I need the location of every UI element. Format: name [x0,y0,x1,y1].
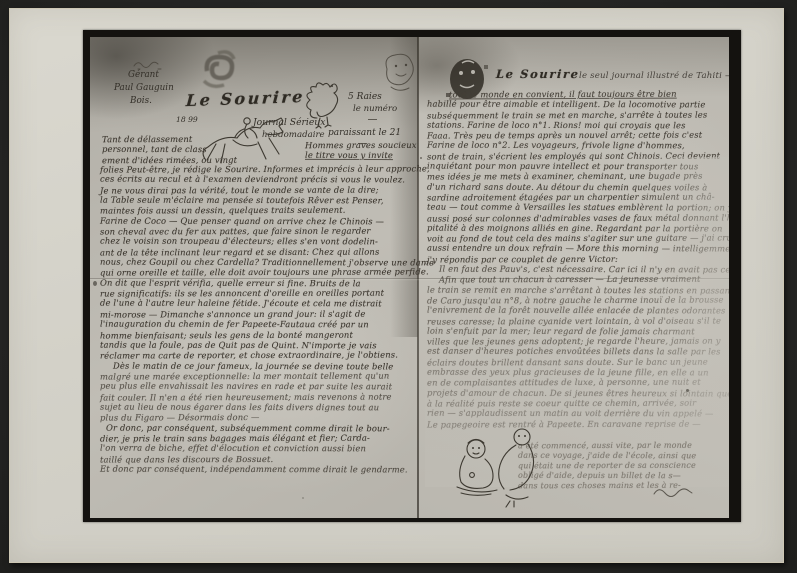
ink-speck [420,157,422,159]
handwritten-line: peu plus elle envahissait les navires en… [100,381,416,392]
right-page-title: Le Sourire [496,67,581,81]
monogram-swirl-icon [192,43,242,95]
right-page-body-text: tout le monde en convient, il faut toujo… [427,89,727,429]
handwritten-line: l'inauguration du chemin de fer Papeete-… [100,319,416,330]
handwritten-line: de l'une à l'autre leur haleine fétide. … [100,298,416,309]
handwritten-line: reuses caresse; la plaine cyanide vert l… [427,315,727,326]
handwritten-line: teau — tout comme à Versailles les statu… [427,202,727,213]
handwritten-line: Dès le matin de ce jour fameux, la journ… [100,360,416,371]
dash-mark [368,119,377,120]
gerant-label: Gérant [128,70,159,80]
gerant-name: Paul Gauguin [114,83,174,93]
signature-squiggle-icon [652,485,694,499]
handwritten-line: l'enivrement de la forêt nouvelle allée … [427,305,727,316]
handwritten-line: Et donc par conséquent, indépendamment c… [100,464,416,475]
handwritten-line: Afin que tout un chacun à caresser — La … [427,274,727,285]
price-unit: le numéro [353,104,397,114]
journal-year: 18 99 [176,115,198,124]
intro-left-column: Tant de délassementpersonnel, tant de cl… [102,134,237,165]
handwritten-line: maintes fois aussi un dessin, quelques t… [100,205,416,216]
handwritten-line: le titre vous y invite [305,150,417,161]
handwritten-line: en de complaisantes attitudes de luxe, à… [427,377,727,388]
handwritten-line: personnel, tant de class [102,144,237,155]
handwritten-line: réclamer ma carte de reporter, et chose … [100,350,416,361]
handwritten-line: Farine de loco n°2. Les voyageurs, frivo… [427,140,727,151]
handwritten-line: projets d'amour de chacun. De si jeunes … [427,387,727,398]
right-page-title-tail: le seul journal illustré de Tahiti — [579,71,729,81]
handwritten-line: qui orne oreille et taille, elle doit av… [100,267,416,278]
left-page-body-text: folies Peut-être, je rédige le Sourire. … [100,164,416,474]
handwritten-line: subséquemment le train se met en marche,… [427,109,727,120]
issue-date-line: paraissant le 21 [328,128,401,138]
handwritten-line: rien — s'applaudissent un matin au voit … [427,408,727,419]
handwritten-line: chez le voisin son troupeau d'électeurs;… [100,236,416,247]
seated-figures-icon [448,423,556,511]
gerant-bois: Bois. [130,96,152,106]
manuscript-spread: Gérant Paul Gauguin Bois. Le Sourire 18 … [90,37,729,518]
ink-speck [302,497,304,499]
handwritten-line: aussi entendre un doux refrain — More th… [427,243,727,254]
handwritten-line: plus du Figaro — Désormais donc — [100,412,416,423]
ink-speck [686,389,689,392]
intro-right-column: Hommes graves soucieuxle titre vous y in… [305,140,417,161]
handwritten-line: ces écrits au recul et à l'examen devien… [100,174,416,185]
rooster-icon [300,77,342,129]
handwritten-line: mes idées je me mets à examiner, chemina… [427,171,727,182]
scribble-face-doodle-icon [379,49,423,95]
ink-speck [93,281,97,286]
photograph-of-manuscript: { "colors":{ "mount_background":"#262624… [0,0,797,573]
handwritten-line: aussi posé sur colonnes d'admirables vas… [427,212,727,223]
handwritten-line: homme bienfaisant; seuls les gens de la … [100,329,416,340]
handwritten-line: l'on verra de biche, effet d'élocution e… [100,443,416,454]
handwritten-line: est danser d'heures potiches envoûtées b… [427,346,727,357]
handwritten-line: habillé pour être aimable et intelligent… [427,99,727,110]
price-label: 5 Raies [348,92,382,102]
